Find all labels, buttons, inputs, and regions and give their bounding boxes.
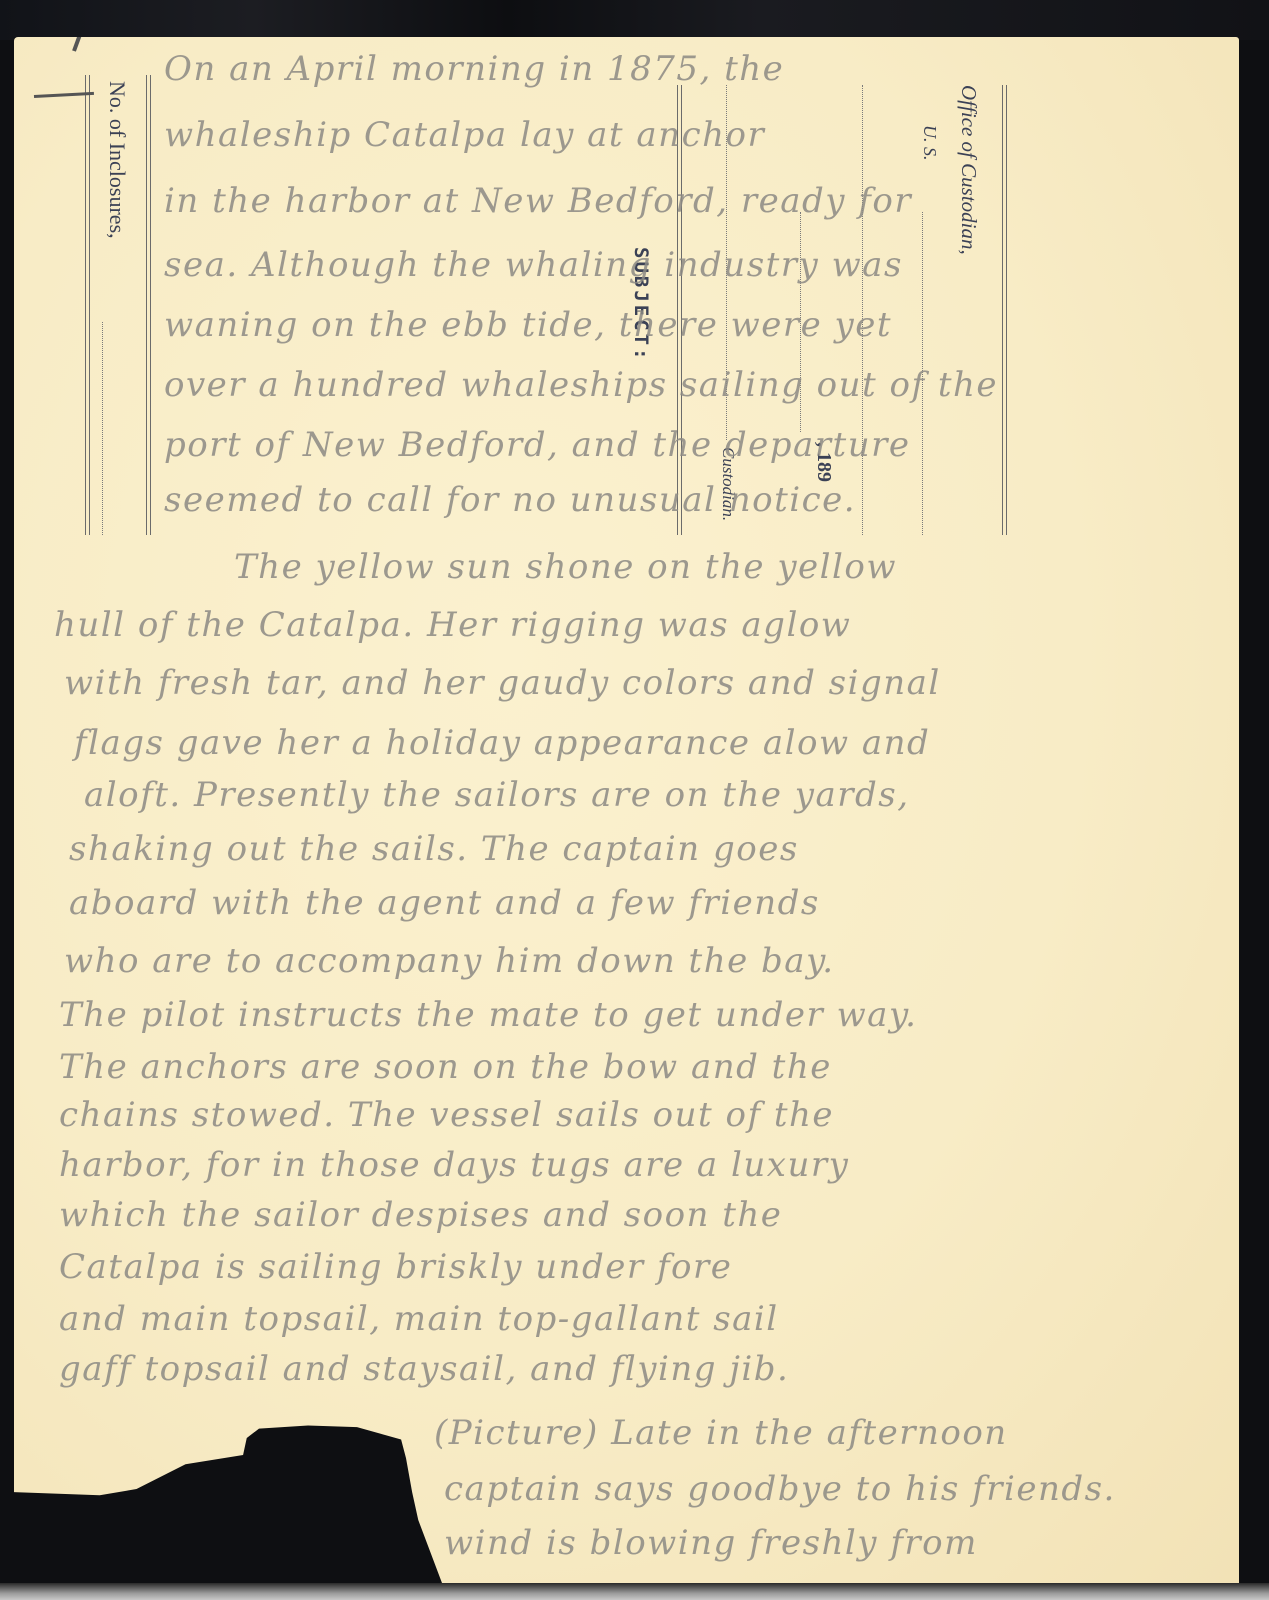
handwritten-line: seemed to call for no unusual notice. [164,480,856,520]
handwritten-line: The anchors are soon on the bow and the [59,1047,832,1087]
handwritten-line: harbor, for in those days tugs are a lux… [59,1145,849,1185]
inclosures-label: No. of Inclosures, [104,81,130,239]
left-double-rule-b [89,75,90,535]
handwritten-line: hull of the Catalpa. Her rigging was agl… [54,605,851,645]
handwritten-line: The yellow sun shone on the yellow [234,547,897,587]
handwritten-line: port of New Bedford, and the departure [164,425,911,465]
handwritten-line: and main topsail, main top-gallant sail [59,1299,779,1339]
handwritten-line: gaff topsail and staysail, and flying ji… [59,1349,789,1389]
handwritten-line: chains stowed. The vessel sails out of t… [59,1095,834,1135]
handwritten-line: over a hundred whaleships sailing out of… [164,365,998,405]
handwritten-line: wind is blowing freshly from [444,1523,978,1563]
inclosures-dotted-line [102,322,103,535]
left-double-rule-a [85,75,86,535]
handwritten-line: On an April morning in 1875, the [164,49,784,89]
handwritten-line: whaleship Catalpa lay at anchor [164,115,765,155]
scan-backdrop-bottom [0,1583,1269,1600]
handwritten-line: aloft. Presently the sailors are on the … [84,775,910,815]
left-double-rule-d [150,75,151,535]
handwritten-line: waning on the ebb tide, there were yet [164,305,892,345]
handwritten-line: with fresh tar, and her gaudy colors and… [64,663,941,703]
handwritten-line: in the harbor at New Bedford, ready for [164,181,912,221]
handwritten-line: which the sailor despises and soon the [59,1195,782,1235]
document-page: No. of Inclosures, SUBJECT: Custodian. ,… [14,37,1239,1585]
office-of-custodian-label: Office of Custodian, [956,85,981,255]
right-double-rule-a [1002,85,1003,535]
scan-backdrop-top [0,0,1269,40]
us-label: U. S. [919,125,940,161]
handwritten-line: captain says goodbye to his friends. [444,1469,1116,1509]
handwritten-line: aboard with the agent and a few friends [69,883,820,923]
handwritten-line: who are to accompany him down the bay. [64,941,835,981]
right-double-rule-b [1006,85,1007,535]
handwritten-line: flags gave her a holiday appearance alow… [74,723,930,763]
handwritten-line: shaking out the sails. The captain goes [69,829,799,869]
left-double-rule-c [146,75,147,535]
handwritten-line: sea. Although the whaling industry was [164,245,903,285]
handwritten-line: (Picture) Late in the afternoon [434,1413,1008,1453]
handwritten-line: Catalpa is sailing briskly under fore [59,1247,732,1287]
handwritten-line: The pilot instructs the mate to get unde… [59,995,917,1035]
